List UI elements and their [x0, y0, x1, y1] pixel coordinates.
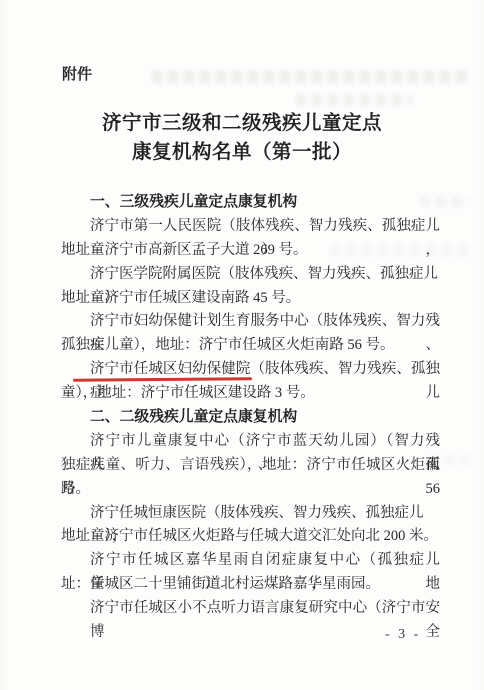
body-line: 济宁市任城区小不点听力语言康复研究中心（济宁市安博全	[61, 597, 440, 621]
body-line: 地址：济宁市任城区火炬路与任城大道交汇处向北 200 米。	[61, 525, 440, 549]
page-number: - 3 -	[385, 627, 421, 643]
red-underlined-text: 济宁市任城区妇幼保健院	[90, 361, 250, 377]
document-body: 一、三级残疾儿童定点康复机构济宁市第一人民医院（肢体残疾、智力残疾、孤独症儿童）…	[61, 191, 440, 621]
bleed-through-mark	[296, 94, 412, 106]
body-line: 济宁任城恒康医院（肢体残疾、智力残疾、孤独症儿童），	[61, 502, 440, 526]
body-line: 济宁市任城区妇幼保健院（肢体残疾、智力残疾、孤独症儿	[61, 358, 440, 382]
body-line: 济宁市任城区嘉华星雨自闭症康复中心（孤独症儿童），地	[61, 549, 440, 573]
section-heading: 二、二级残疾儿童定点康复机构	[61, 406, 440, 430]
body-line: 地址：济宁市任城区建设南路 45 号。	[61, 287, 440, 311]
body-line: 济宁医学院附属医院（肢体残疾、智力残疾、孤独症儿童）	[61, 263, 440, 287]
document-title: 济宁市三级和二级残疾儿童定点 康复机构名单（第一批）	[0, 109, 484, 167]
section-heading: 一、三级残疾儿童定点康复机构	[61, 191, 440, 215]
body-line: 济宁市儿童康复中心（济宁市蓝天幼儿园）（智力残疾、孤	[61, 430, 440, 454]
body-line: 独症儿童、听力、言语残疾），地址：济宁市任城区火炬南路 56	[61, 454, 440, 478]
body-line: 济宁市妇幼保健计划生育服务中心（肢体残疾、智力残疾、	[61, 310, 440, 334]
bleed-through-mark	[152, 70, 470, 83]
document-title-line-2: 康复机构名单（第一批）	[0, 138, 484, 167]
attachment-label: 附件	[62, 63, 92, 84]
body-line: 济宁市第一人民医院（肢体残疾、智力残疾、孤独症儿童），	[61, 215, 440, 239]
scanned-document-page: 附件 济宁市三级和二级残疾儿童定点 康复机构名单（第一批） 一、三级残疾儿童定点…	[0, 0, 484, 690]
body-line: 孤独症儿童），地址：济宁市任城区火炬南路 56 号。	[61, 334, 440, 358]
document-title-line-1: 济宁市三级和二级残疾儿童定点	[0, 109, 484, 138]
